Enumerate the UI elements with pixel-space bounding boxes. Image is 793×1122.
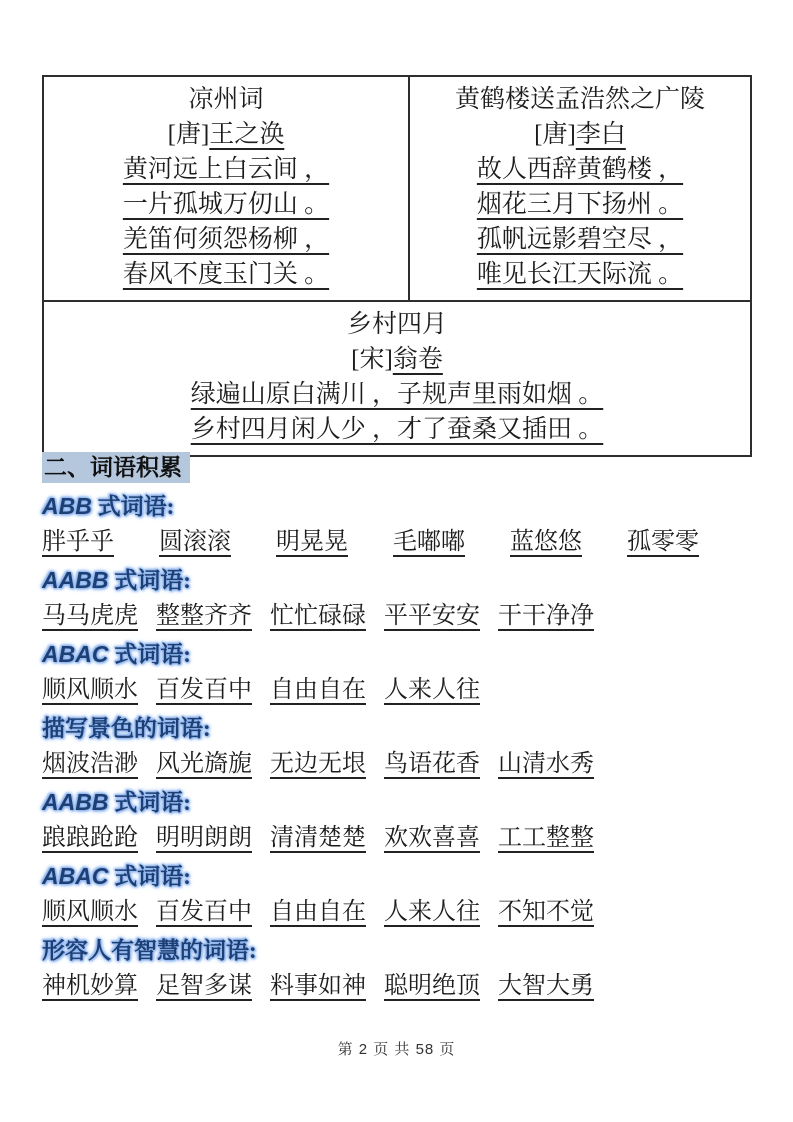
word-item: 工工整整 [498,821,594,858]
poem-line: 一片孤城万仞山 。 [50,187,402,222]
word-item: 马马虎虎 [42,599,138,636]
word-item: 明明朗朗 [156,821,252,858]
word-category-label-aabb-1: AABB 式词语: [42,562,758,599]
word-item: 大智大勇 [498,969,594,1006]
poem-author: [宋]翁卷 [50,342,744,377]
word-row-scenery: 烟波浩渺 风光旖旎 无边无垠 鸟语花香 山清水秀 [42,747,758,784]
word-item: 平平安安 [384,599,480,636]
word-item: 无边无垠 [270,747,366,784]
poem-line: 乡村四月闲人少 ，才了蚕桑又插田 。 [50,412,744,447]
word-item: 聪明绝顶 [384,969,480,1006]
word-item: 人来人往 [384,673,480,710]
poem-title: 乡村四月 [50,307,744,342]
poem-table: 凉州词 [唐]王之涣 黄河远上白云间 ， 一片孤城万仞山 。 羌笛何须怨杨柳 ，… [42,75,752,457]
word-row-abac-2: 顺风顺水 百发百中 自由自在 人来人往 不知不觉 [42,895,758,932]
word-item: 百发百中 [156,673,252,710]
poem-title: 凉州词 [50,82,402,117]
word-item: 顺风顺水 [42,895,138,932]
page-footer: 第 2 页 共 58 页 [0,1038,793,1059]
page-number: 第 2 页 共 58 页 [338,1041,456,1058]
poem-author: [唐]李白 [416,117,744,152]
poem-line: 孤帆远影碧空尽 ， [416,222,744,257]
word-item: 踉踉跄跄 [42,821,138,858]
word-item: 神机妙算 [42,969,138,1006]
word-item: 料事如神 [270,969,366,1006]
poem-cell-liangzhou-ci: 凉州词 [唐]王之涣 黄河远上白云间 ， 一片孤城万仞山 。 羌笛何须怨杨柳 ，… [44,77,410,302]
word-category-label-abac-2: ABAC 式词语: [42,858,758,895]
word-row-wisdom: 神机妙算 足智多谋 料事如神 聪明绝顶 大智大勇 [42,969,758,1006]
poem-line: 春风不度玉门关 。 [50,257,402,292]
word-category-label-abac-1: ABAC 式词语: [42,636,758,673]
word-item: 欢欢喜喜 [384,821,480,858]
word-row-abac-1: 顺风顺水 百发百中 自由自在 人来人往 [42,673,758,710]
word-item: 毛嘟嘟 [393,525,465,562]
poem-author: [唐]王之涣 [50,117,402,152]
word-item: 烟波浩渺 [42,747,138,784]
poem-cell-xiangcun-siyue: 乡村四月 [宋]翁卷 绿遍山原白满川 ，子规声里雨如烟 。 乡村四月闲人少 ，才… [44,302,750,455]
highlighted-heading: 二、词语积累 [42,452,190,483]
word-item: 清清楚楚 [270,821,366,858]
word-item: 百发百中 [156,895,252,932]
poem-line: 羌笛何须怨杨柳 ， [50,222,402,257]
poem-line: 黄河远上白云间 ， [50,152,402,187]
poem-line: 烟花三月下扬州 。 [416,187,744,222]
poem-dynasty: [唐] [534,121,576,148]
word-item: 明晃晃 [276,525,348,562]
poem-line: 故人西辞黄鹤楼 ， [416,152,744,187]
word-item: 孤零零 [627,525,699,562]
poem-line: 绿遍山原白满川 ，子规声里雨如烟 。 [50,377,744,412]
word-item: 足智多谋 [156,969,252,1006]
word-item: 干干净净 [498,599,594,636]
word-item: 人来人往 [384,895,480,932]
poem-author-name: 翁卷 [393,346,443,373]
word-accumulation-section: 二、词语积累 ABB 式词语: 胖乎乎 圆滚滚 明晃晃 毛嘟嘟 蓝悠悠 孤零零 … [42,452,758,1006]
section-header: 二、词语积累 [42,452,758,488]
word-item: 忙忙碌碌 [270,599,366,636]
word-category-label-aabb-2: AABB 式词语: [42,784,758,821]
word-item: 胖乎乎 [42,525,114,562]
word-category-label-abb: ABB 式词语: [42,488,758,525]
word-row-aabb-1: 马马虎虎 整整齐齐 忙忙碌碌 平平安安 干干净净 [42,599,758,636]
word-item: 整整齐齐 [156,599,252,636]
poem-cell-huanghelou-song: 黄鹤楼送孟浩然之广陵 [唐]李白 故人西辞黄鹤楼 ， 烟花三月下扬州 。 孤帆远… [410,77,750,302]
poem-line: 唯见长江天际流 。 [416,257,744,292]
poem-author-name: 王之涣 [209,121,284,148]
word-item: 顺风顺水 [42,673,138,710]
word-item: 鸟语花香 [384,747,480,784]
word-item: 圆滚滚 [159,525,231,562]
poem-dynasty: [宋] [351,346,393,373]
word-row-aabb-2: 踉踉跄跄 明明朗朗 清清楚楚 欢欢喜喜 工工整整 [42,821,758,858]
word-item: 山清水秀 [498,747,594,784]
word-category-label-wisdom: 形容人有智慧的词语: [42,932,758,969]
word-item: 自由自在 [270,673,366,710]
word-item: 自由自在 [270,895,366,932]
poem-title: 黄鹤楼送孟浩然之广陵 [416,82,744,117]
word-item: 蓝悠悠 [510,525,582,562]
word-row-abb: 胖乎乎 圆滚滚 明晃晃 毛嘟嘟 蓝悠悠 孤零零 [42,525,758,562]
poem-author-name: 李白 [576,121,626,148]
word-item: 风光旖旎 [156,747,252,784]
word-item: 不知不觉 [498,895,594,932]
word-category-label-scenery: 描写景色的词语: [42,710,758,747]
poem-dynasty: [唐] [168,121,210,148]
document-page: 凉州词 [唐]王之涣 黄河远上白云间 ， 一片孤城万仞山 。 羌笛何须怨杨柳 ，… [0,0,793,1122]
